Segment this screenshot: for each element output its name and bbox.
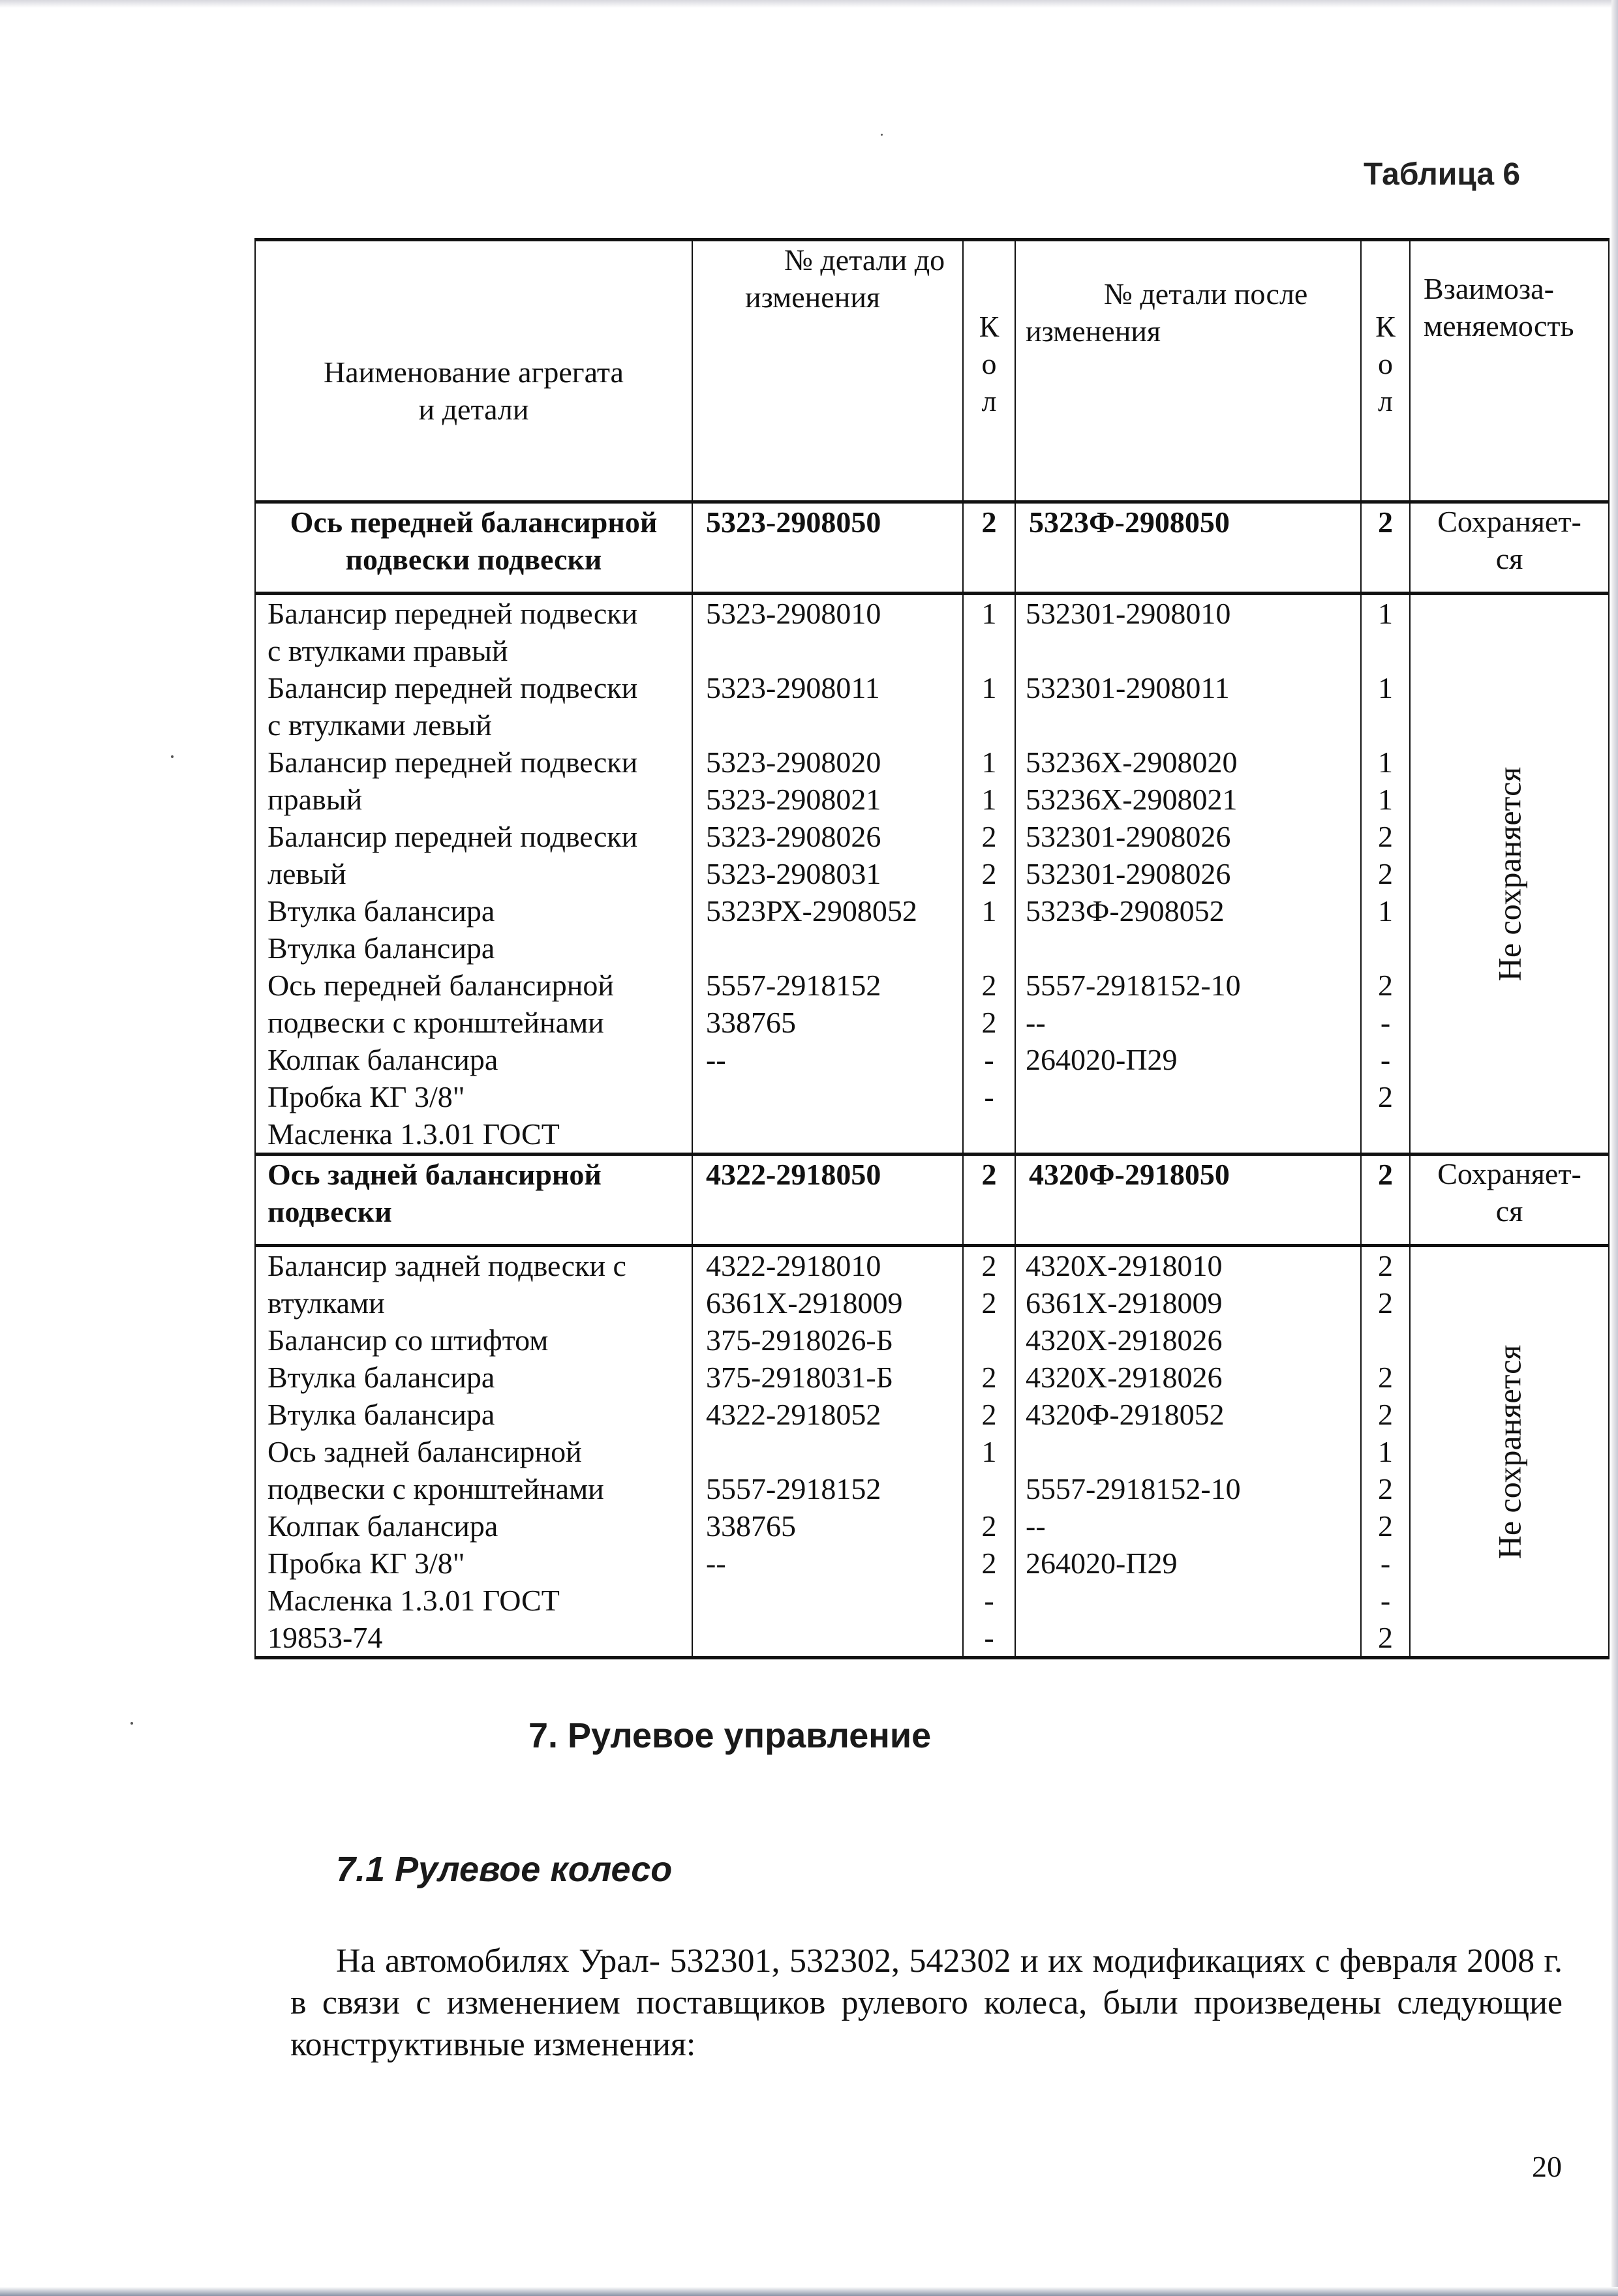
cell-line	[693, 1433, 962, 1470]
header-after-line: № детали после	[1026, 275, 1354, 312]
cell-line	[1016, 1433, 1360, 1470]
header-qty-letter: К	[1362, 308, 1409, 345]
cell-line: Втулка балансира	[256, 1359, 692, 1396]
cell-line: --	[1016, 1004, 1360, 1041]
cell-line: 2	[1362, 1359, 1409, 1396]
header-name-line: и детали	[256, 391, 692, 428]
cell-line: Балансир передней подвески	[256, 595, 692, 632]
cell-line: 53236Х-2908020	[1016, 744, 1360, 781]
header-qty-letter: о	[964, 345, 1015, 382]
cell-line: --	[693, 1545, 962, 1582]
cell-line	[1362, 632, 1409, 669]
front-axis-qty-after: 2	[1361, 502, 1410, 594]
axis-name-line: Ось передней балансирной	[262, 504, 685, 541]
cell-line: 532301-2908010	[1016, 595, 1360, 632]
section-title: 7. Рулевое управление	[528, 1715, 931, 1756]
cell-line: 2	[1362, 1396, 1409, 1433]
cell-line: 5323РХ-2908052	[693, 892, 962, 929]
cell-line: Колпак балансира	[256, 1041, 692, 1078]
cell-line: 2	[964, 1284, 1015, 1322]
cell-line: 2	[964, 967, 1015, 1004]
cell-line: с втулками правый	[256, 632, 692, 669]
rear-detail-parts-before: 4322-29180106361Х-2918009375-2918026-Б37…	[692, 1246, 963, 1658]
cell-line: подвески с кронштейнами	[256, 1470, 692, 1507]
header-interchangeability: Взаимоза- меняемость	[1410, 240, 1609, 502]
inter-line: ся	[1411, 1193, 1608, 1230]
cell-line: 532301-2908026	[1016, 855, 1360, 892]
header-inter-line: меняемость	[1424, 308, 1608, 345]
rear-detail-qty-before: 2222122--	[963, 1246, 1015, 1658]
rear-detail-names: Балансир задней подвески свтулкамиБаланс…	[255, 1246, 692, 1658]
cell-line: Пробка КГ 3/8"	[256, 1545, 692, 1582]
rear-axis-row: Ось задней балансирной подвески 4322-291…	[255, 1155, 1609, 1246]
front-detail-qty-before: 111122122--	[963, 594, 1015, 1155]
cell-line: 338765	[693, 1004, 962, 1041]
rear-axis-qty-before: 2	[963, 1155, 1015, 1246]
cell-line: 1	[1362, 781, 1409, 818]
not-interchangeable-label: Не сохраняется	[1491, 766, 1528, 981]
scan-bottom-edge	[0, 2287, 1618, 2296]
header-qty-after: К о л	[1361, 240, 1410, 502]
cell-line: 5323Ф-2908052	[1016, 892, 1360, 929]
header-inter-line: Взаимоза-	[1424, 271, 1608, 308]
cell-line	[693, 706, 962, 744]
cell-line	[964, 929, 1015, 967]
cell-line: -	[1362, 1545, 1409, 1582]
cell-line: 2	[1362, 1247, 1409, 1284]
cell-line	[964, 1322, 1015, 1359]
front-detail-qty-after: 11112212--2	[1361, 594, 1410, 1155]
cell-line: 2	[964, 1545, 1015, 1582]
cell-line	[693, 1582, 962, 1619]
axis-name-line: подвески подвески	[262, 541, 685, 578]
header-qty-letter: К	[964, 308, 1015, 345]
cell-line	[693, 632, 962, 669]
cell-line: 2	[964, 1004, 1015, 1041]
rear-detail-parts-after: 4320Х-29180106361Х-29180094320Х-29180264…	[1015, 1246, 1361, 1658]
cell-line: Балансир со штифтом	[256, 1322, 692, 1359]
cell-line	[1016, 706, 1360, 744]
cell-line: Пробка КГ 3/8"	[256, 1078, 692, 1115]
cell-line: --	[1016, 1507, 1360, 1545]
cell-line: 2	[964, 855, 1015, 892]
scan-speck	[171, 755, 174, 758]
cell-line: 1	[964, 744, 1015, 781]
rear-axis-qty-after: 2	[1361, 1155, 1410, 1246]
rear-axis-interchangeability: Сохраняет- ся	[1410, 1155, 1609, 1246]
cell-line: подвески с кронштейнами	[256, 1004, 692, 1041]
cell-line: Втулка балансира	[256, 1396, 692, 1433]
header-part-after: № детали после изменения	[1015, 240, 1361, 502]
cell-line: 2	[1362, 818, 1409, 855]
cell-line: 2	[1362, 1078, 1409, 1115]
cell-line: Балансир передней подвески	[256, 669, 692, 706]
cell-line: 6361Х-2918009	[693, 1284, 962, 1322]
cell-line: -	[964, 1582, 1015, 1619]
cell-line: Балансир передней подвески	[256, 744, 692, 781]
cell-line: 6361Х-2918009	[1016, 1284, 1360, 1322]
cell-line: 1	[1362, 744, 1409, 781]
cell-line: 4320Ф-2918052	[1016, 1396, 1360, 1433]
cell-line: Ось передней балансирной	[256, 967, 692, 1004]
cell-line: правый	[256, 781, 692, 818]
cell-line: Масленка 1.3.01 ГОСТ	[256, 1582, 692, 1619]
rear-axis-part-before: 4322-2918050	[692, 1155, 963, 1246]
cell-line	[1362, 1322, 1409, 1359]
inter-line: ся	[1411, 541, 1608, 578]
rear-detail-qty-after: 2222122--2	[1361, 1246, 1410, 1658]
cell-line: 5557-2918152	[693, 967, 962, 1004]
front-axis-part-before: 5323-2908050	[692, 502, 963, 594]
cell-line: 2	[964, 818, 1015, 855]
body-paragraph: На автомобилях Урал- 532301, 532302, 542…	[290, 1941, 1563, 2066]
rear-detail-row: Балансир задней подвески свтулкамиБаланс…	[255, 1246, 1609, 1658]
rear-detail-interchangeability: Не сохраняется	[1410, 1246, 1609, 1658]
inter-line: Сохраняет-	[1411, 1156, 1608, 1193]
cell-line: 1	[1362, 892, 1409, 929]
cell-line	[693, 1619, 962, 1656]
cell-line: Масленка 1.3.01 ГОСТ	[256, 1115, 692, 1153]
cell-line: 53236Х-2908021	[1016, 781, 1360, 818]
front-detail-parts-before: 5323-29080105323-29080115323-29080205323…	[692, 594, 963, 1155]
cell-line: 2	[1362, 855, 1409, 892]
cell-line: -	[1362, 1004, 1409, 1041]
cell-line: 532301-2908011	[1016, 669, 1360, 706]
cell-line	[964, 1115, 1015, 1153]
cell-line: 5323-2908020	[693, 744, 962, 781]
cell-line: 2	[964, 1359, 1015, 1396]
cell-line: --	[693, 1041, 962, 1078]
cell-line: 5323-2908011	[693, 669, 962, 706]
cell-line: 1	[964, 1433, 1015, 1470]
cell-line: 5323-2908010	[693, 595, 962, 632]
cell-line: 5557-2918152-10	[1016, 967, 1360, 1004]
cell-line: -	[964, 1619, 1015, 1656]
cell-line: 5323-2908021	[693, 781, 962, 818]
scan-right-edge	[1611, 0, 1618, 2296]
cell-line	[964, 632, 1015, 669]
inter-line: Сохраняет-	[1411, 504, 1608, 541]
cell-line: 4320Х-2918026	[1016, 1359, 1360, 1396]
cell-line	[693, 1115, 962, 1153]
cell-line: 532301-2908026	[1016, 818, 1360, 855]
parts-interchangeability-table: Наименование агрегата и детали № детали …	[254, 238, 1610, 1659]
cell-line: 2	[964, 1507, 1015, 1545]
cell-line	[1016, 1115, 1360, 1153]
cell-line: Ось задней балансирной	[256, 1433, 692, 1470]
cell-line: 2	[964, 1247, 1015, 1284]
header-part-before: № детали до изменения	[692, 240, 963, 502]
cell-line	[1362, 706, 1409, 744]
front-detail-names: Балансир передней подвескис втулками пра…	[255, 594, 692, 1155]
cell-line	[693, 929, 962, 967]
header-qty-letter: л	[964, 382, 1015, 419]
scan-top-edge	[0, 0, 1618, 8]
cell-line	[1016, 1582, 1360, 1619]
cell-line: 1	[964, 781, 1015, 818]
cell-line: 1	[964, 669, 1015, 706]
cell-line: 338765	[693, 1507, 962, 1545]
cell-line: втулками	[256, 1284, 692, 1322]
header-before-line: изменения	[693, 279, 962, 316]
cell-line	[964, 1470, 1015, 1507]
cell-line: -	[964, 1078, 1015, 1115]
front-detail-row: Балансир передней подвескис втулками пра…	[255, 594, 1609, 1155]
header-qty-letter: о	[1362, 345, 1409, 382]
header-name-line: Наименование агрегата	[256, 354, 692, 391]
cell-line: Колпак балансира	[256, 1507, 692, 1545]
header-qty-before: К о л	[963, 240, 1015, 502]
axis-name-line: подвески	[267, 1193, 685, 1230]
cell-line	[1016, 1619, 1360, 1656]
cell-line	[693, 1078, 962, 1115]
cell-line: 264020-П29	[1016, 1041, 1360, 1078]
cell-line: 1	[1362, 595, 1409, 632]
cell-line: 2	[964, 1396, 1015, 1433]
table-header-row: Наименование агрегата и детали № детали …	[255, 240, 1609, 502]
cell-line: -	[1362, 1041, 1409, 1078]
cell-line: 2	[1362, 1507, 1409, 1545]
cell-line: -	[964, 1041, 1015, 1078]
not-interchangeable-label: Не сохраняется	[1491, 1344, 1528, 1559]
front-axis-part-after: 5323Ф-2908050	[1015, 502, 1361, 594]
cell-line: Балансир передней подвески	[256, 818, 692, 855]
cell-line	[1016, 632, 1360, 669]
header-after-line: изменения	[1026, 312, 1354, 350]
header-qty-letter: л	[1362, 382, 1409, 419]
cell-line: -	[1362, 1582, 1409, 1619]
cell-line: Балансир задней подвески с	[256, 1247, 692, 1284]
cell-line: 375-2918026-Б	[693, 1322, 962, 1359]
cell-line: 5323-2908026	[693, 818, 962, 855]
cell-line: 4322-2918010	[693, 1247, 962, 1284]
cell-line: 4320Х-2918010	[1016, 1247, 1360, 1284]
cell-line: 5557-2918152-10	[1016, 1470, 1360, 1507]
cell-line: 2	[1362, 1284, 1409, 1322]
scan-speck	[881, 134, 883, 136]
front-detail-parts-after: 532301-2908010532301-290801153236Х-29080…	[1015, 594, 1361, 1155]
cell-line: 5323-2908031	[693, 855, 962, 892]
cell-line: 5557-2918152	[693, 1470, 962, 1507]
table-caption: Таблица 6	[1364, 157, 1520, 192]
header-name: Наименование агрегата и детали	[255, 240, 692, 502]
cell-line	[1362, 929, 1409, 967]
rear-axis-name: Ось задней балансирной подвески	[255, 1155, 692, 1246]
cell-line: 2	[1362, 1470, 1409, 1507]
header-before-line: № детали до	[693, 241, 962, 279]
cell-line: 264020-П29	[1016, 1545, 1360, 1582]
cell-line: 1	[964, 892, 1015, 929]
cell-line: 19853-74	[256, 1619, 692, 1656]
cell-line: Втулка балансира	[256, 929, 692, 967]
cell-line: 2	[1362, 1619, 1409, 1656]
front-axis-qty-before: 2	[963, 502, 1015, 594]
cell-line: 2	[1362, 967, 1409, 1004]
subsection-title: 7.1 Рулевое колесо	[336, 1849, 672, 1890]
cell-line: 4320Х-2918026	[1016, 1322, 1360, 1359]
front-detail-interchangeability: Не сохраняется	[1410, 594, 1609, 1155]
rear-axis-part-after: 4320Ф-2918050	[1015, 1155, 1361, 1246]
cell-line	[1016, 929, 1360, 967]
front-axis-row: Ось передней балансирной подвески подвес…	[255, 502, 1609, 594]
axis-name-line: Ось задней балансирной	[267, 1156, 685, 1193]
page-number: 20	[1532, 2149, 1562, 2184]
front-axis-interchangeability: Сохраняет- ся	[1410, 502, 1609, 594]
cell-line: 4322-2918052	[693, 1396, 962, 1433]
front-axis-name: Ось передней балансирной подвески подвес…	[255, 502, 692, 594]
cell-line	[964, 706, 1015, 744]
cell-line: левый	[256, 855, 692, 892]
cell-line: 1	[1362, 1433, 1409, 1470]
scan-speck	[130, 1722, 133, 1725]
cell-line: с втулками левый	[256, 706, 692, 744]
cell-line	[1016, 1078, 1360, 1115]
cell-line	[1362, 1115, 1409, 1153]
cell-line: 375-2918031-Б	[693, 1359, 962, 1396]
cell-line: 1	[1362, 669, 1409, 706]
cell-line: 1	[964, 595, 1015, 632]
cell-line: Втулка балансира	[256, 892, 692, 929]
